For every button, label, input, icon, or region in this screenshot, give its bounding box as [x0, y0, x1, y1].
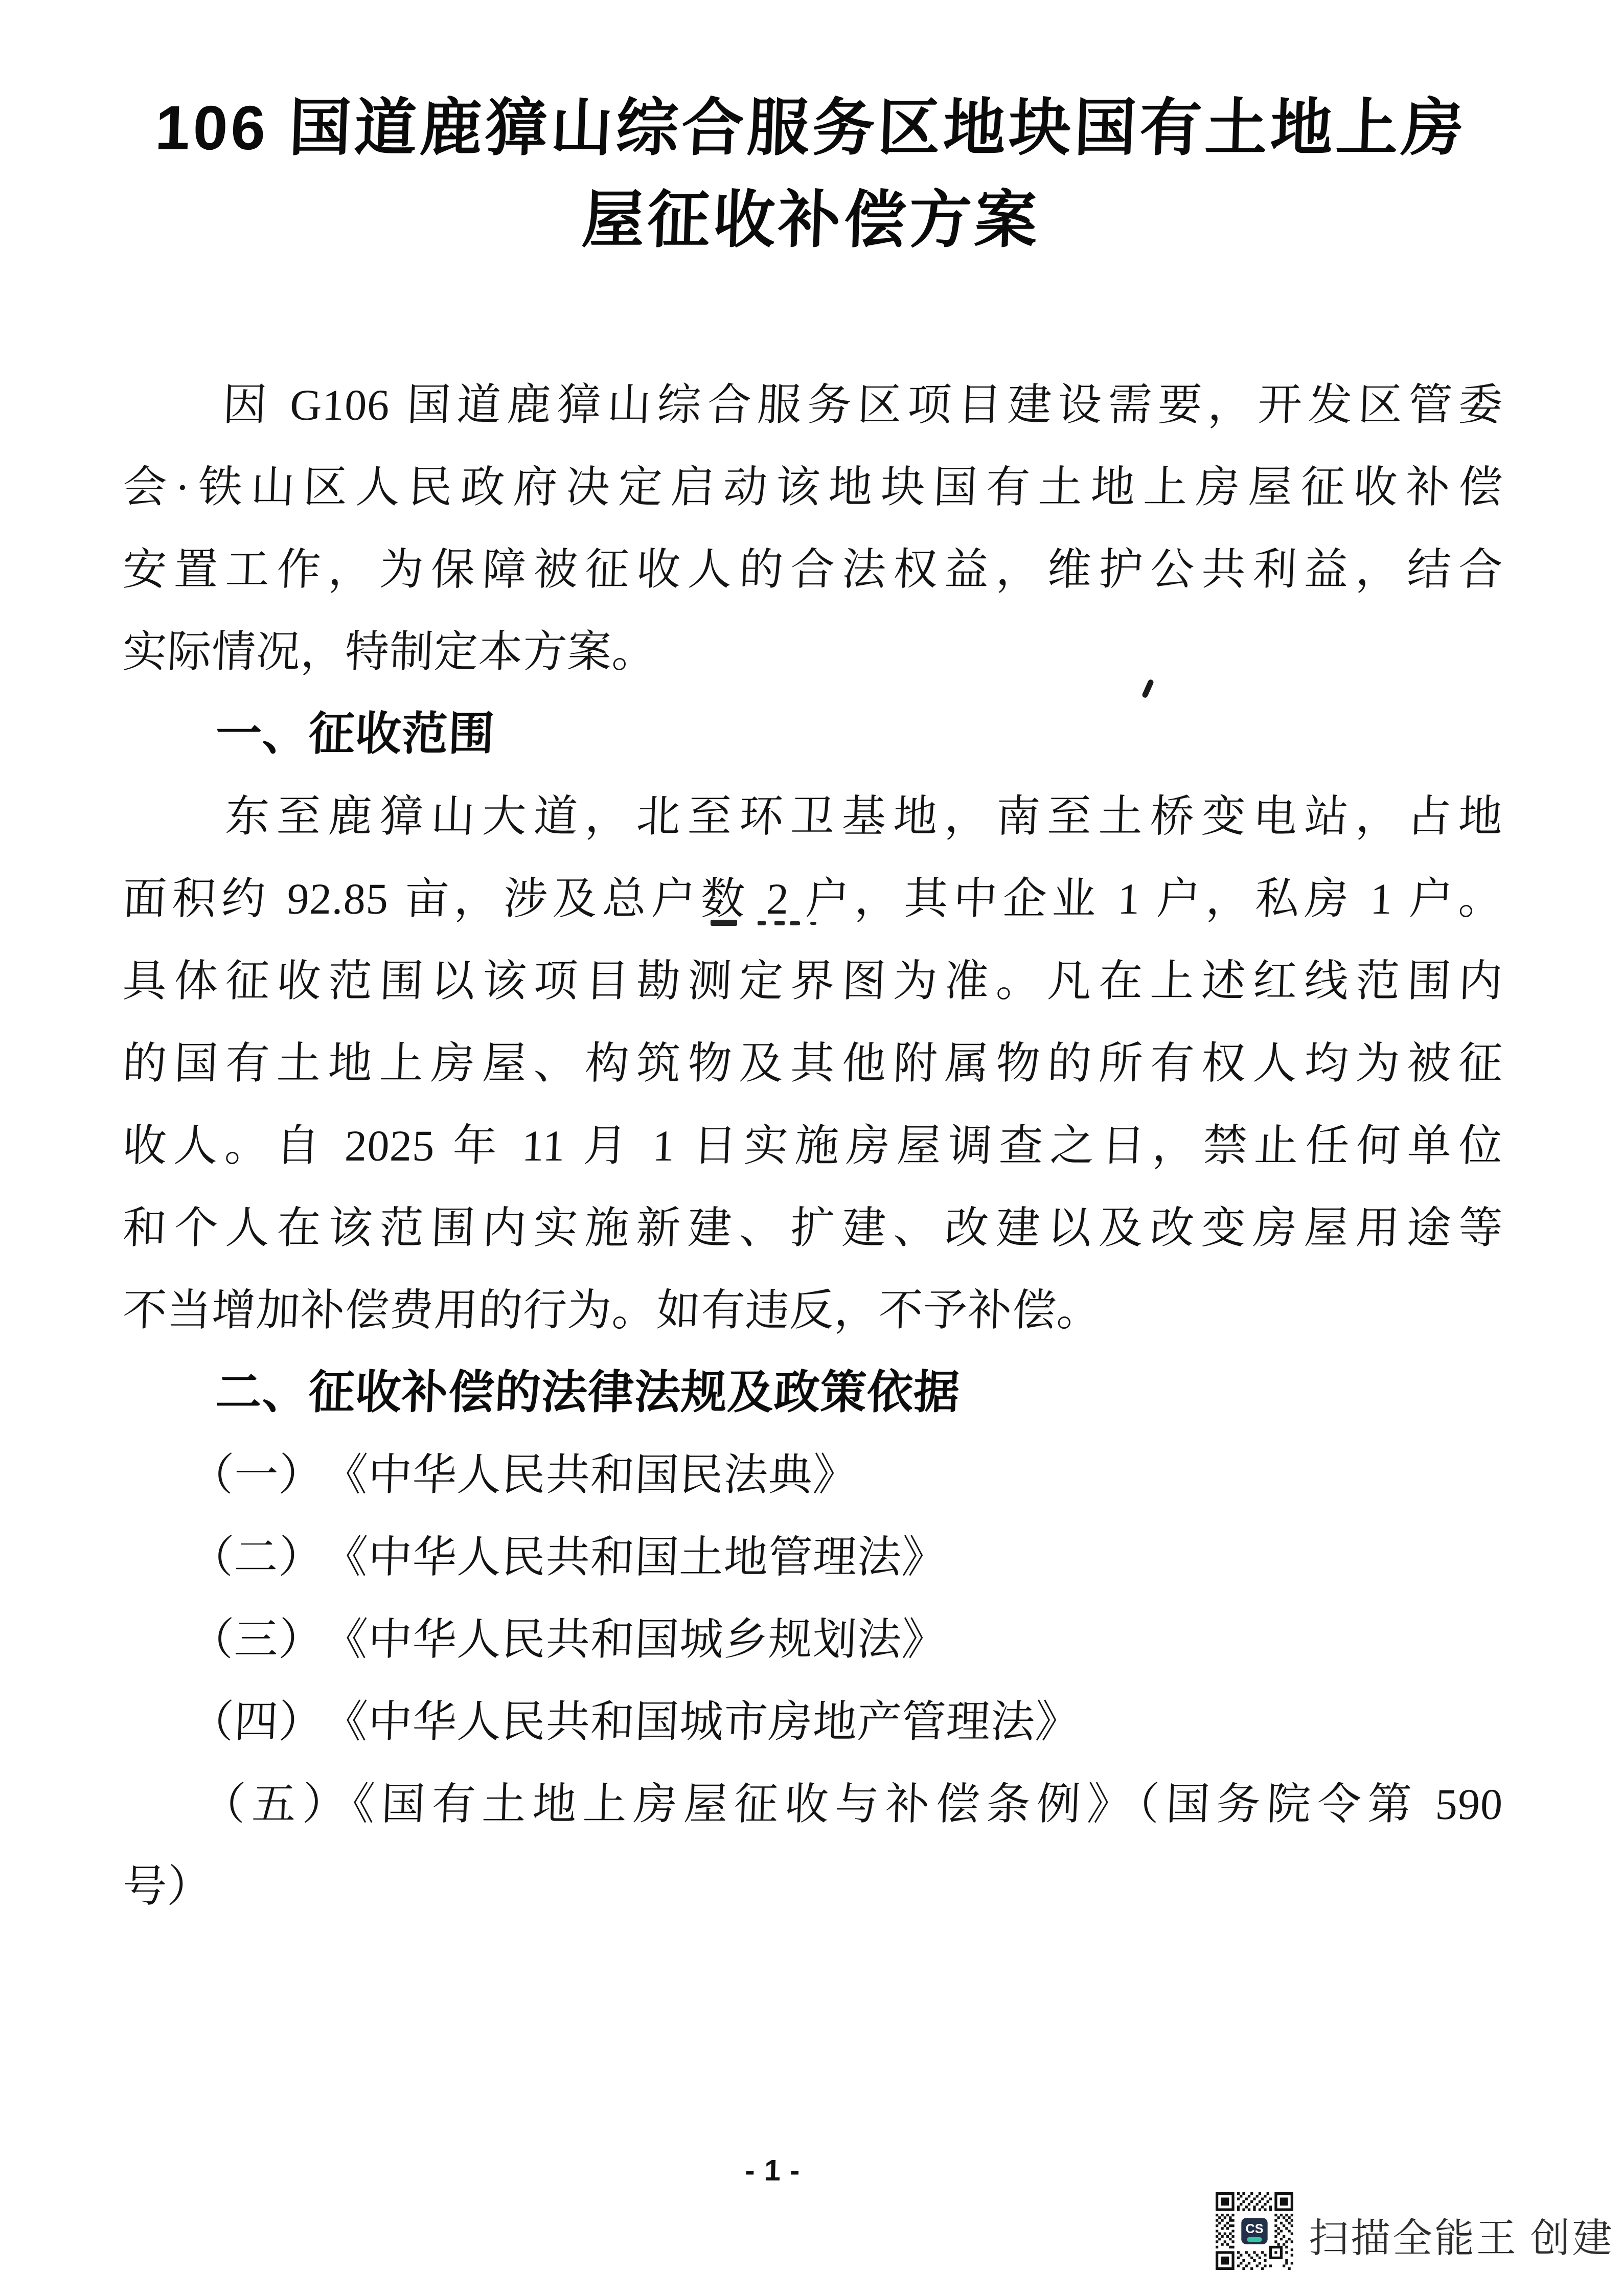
qr-badge-accent	[1247, 2237, 1262, 2242]
qr-code-icon: CS	[1216, 2192, 1293, 2270]
body-line: 和个人在该范围内实施新建、扩建、改建以及改变房屋用途等	[121, 1187, 1504, 1269]
section-heading-1: 一、征收范围	[121, 693, 1504, 776]
body-line: 的国有土地上房屋、构筑物及其他附属物的所有权人均为被征	[121, 1022, 1504, 1105]
page-number: -1-	[674, 2153, 880, 2188]
qr-logo-text: CS	[1246, 2222, 1264, 2236]
body-line: 号）	[121, 1846, 1504, 1928]
body-line: 东至鹿獐山大道，北至环卫基地，南至土桥变电站，占地	[121, 776, 1504, 858]
body-line: 会·铁山区人民政府决定启动该地块国有土地上房屋征收补偿	[121, 446, 1504, 529]
list-item: （二） 《中华人民共和国土地管理法》	[121, 1516, 1504, 1599]
title-line-1: 106 国道鹿獐山综合服务区地块国有土地上房	[75, 82, 1547, 174]
document-title: 106 国道鹿獐山综合服务区地块国有土地上房 屋征收补偿方案	[77, 82, 1545, 266]
list-item: （五）《国有土地上房屋征收与补偿条例》（国务院令第 590	[121, 1763, 1504, 1846]
list-item: （一） 《中华人民共和国民法典》	[121, 1434, 1504, 1516]
scan-artifact-smudge	[711, 919, 828, 928]
body-line: 不当增加补偿费用的行为。如有违反，不予补偿。	[121, 1269, 1504, 1352]
body-line: 收人。自 2025 年 11 月 1 日实施房屋调查之日，禁止任何单位	[121, 1105, 1504, 1187]
body-line: 因 G106 国道鹿獐山综合服务区项目建设需要，开发区管委	[121, 364, 1504, 446]
list-item: （四） 《中华人民共和国城市房地产管理法》	[121, 1681, 1504, 1763]
document-page: 106 国道鹿獐山综合服务区地块国有土地上房 屋征收补偿方案 因 G106 国道…	[0, 0, 1622, 2296]
document-body: 因 G106 国道鹿獐山综合服务区项目建设需要，开发区管委 会·铁山区人民政府决…	[123, 364, 1503, 1928]
list-item: （三） 《中华人民共和国城乡规划法》	[121, 1599, 1504, 1681]
section-heading-2: 二、征收补偿的法律法规及政策依据	[121, 1352, 1504, 1434]
body-line: 安置工作，为保障被征收人的合法权益，维护公共利益，结合	[121, 529, 1504, 611]
body-line: 实际情况，特制定本方案。	[121, 611, 1504, 693]
body-line: 具体征收范围以该项目勘测定界图为准。凡在上述红线范围内	[121, 940, 1504, 1022]
title-line-2: 屋征收补偿方案	[75, 174, 1547, 266]
watermark-text: 扫描全能王 创建	[1309, 2207, 1614, 2264]
